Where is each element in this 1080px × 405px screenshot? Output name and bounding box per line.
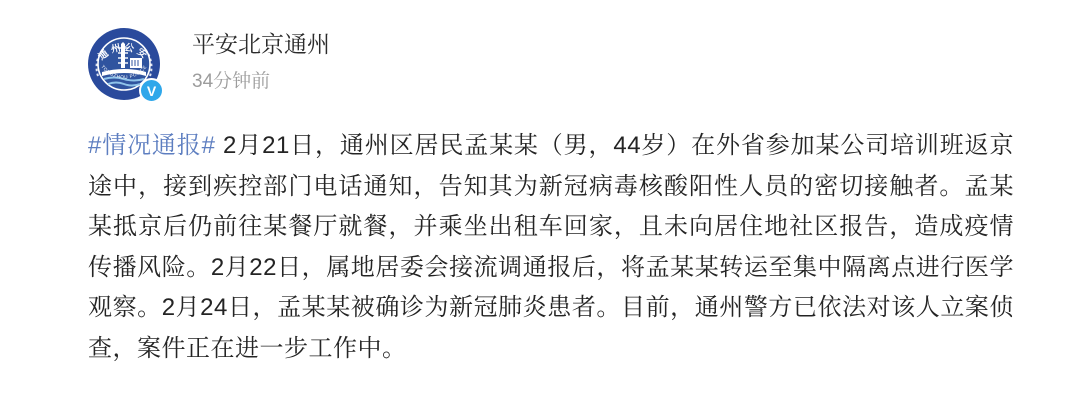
post-content: #情况通报# 2月21日，通州区居民孟某某（男，44岁）在外省参加某公司培训班返…: [88, 126, 1014, 369]
post-body-text: 2月21日，通州区居民孟某某（男，44岁）在外省参加某公司培训班返京途中，接到疾…: [88, 132, 1014, 362]
avatar[interactable]: 通州公安 TONGZHOU POLICE V: [88, 28, 160, 100]
verified-badge-icon: V: [139, 78, 164, 103]
post-header: 通州公安 TONGZHOU POLICE V 平安北京通州 34分钟前: [88, 28, 330, 100]
header-meta: 平安北京通州 34分钟前: [192, 28, 330, 94]
account-name[interactable]: 平安北京通州: [192, 30, 330, 60]
weibo-post: 通州公安 TONGZHOU POLICE V 平安北京通州 34分钟前 #情况通…: [0, 0, 1080, 405]
hashtag-link[interactable]: #情况通报#: [88, 132, 216, 159]
post-timestamp: 34分钟前: [192, 71, 330, 94]
